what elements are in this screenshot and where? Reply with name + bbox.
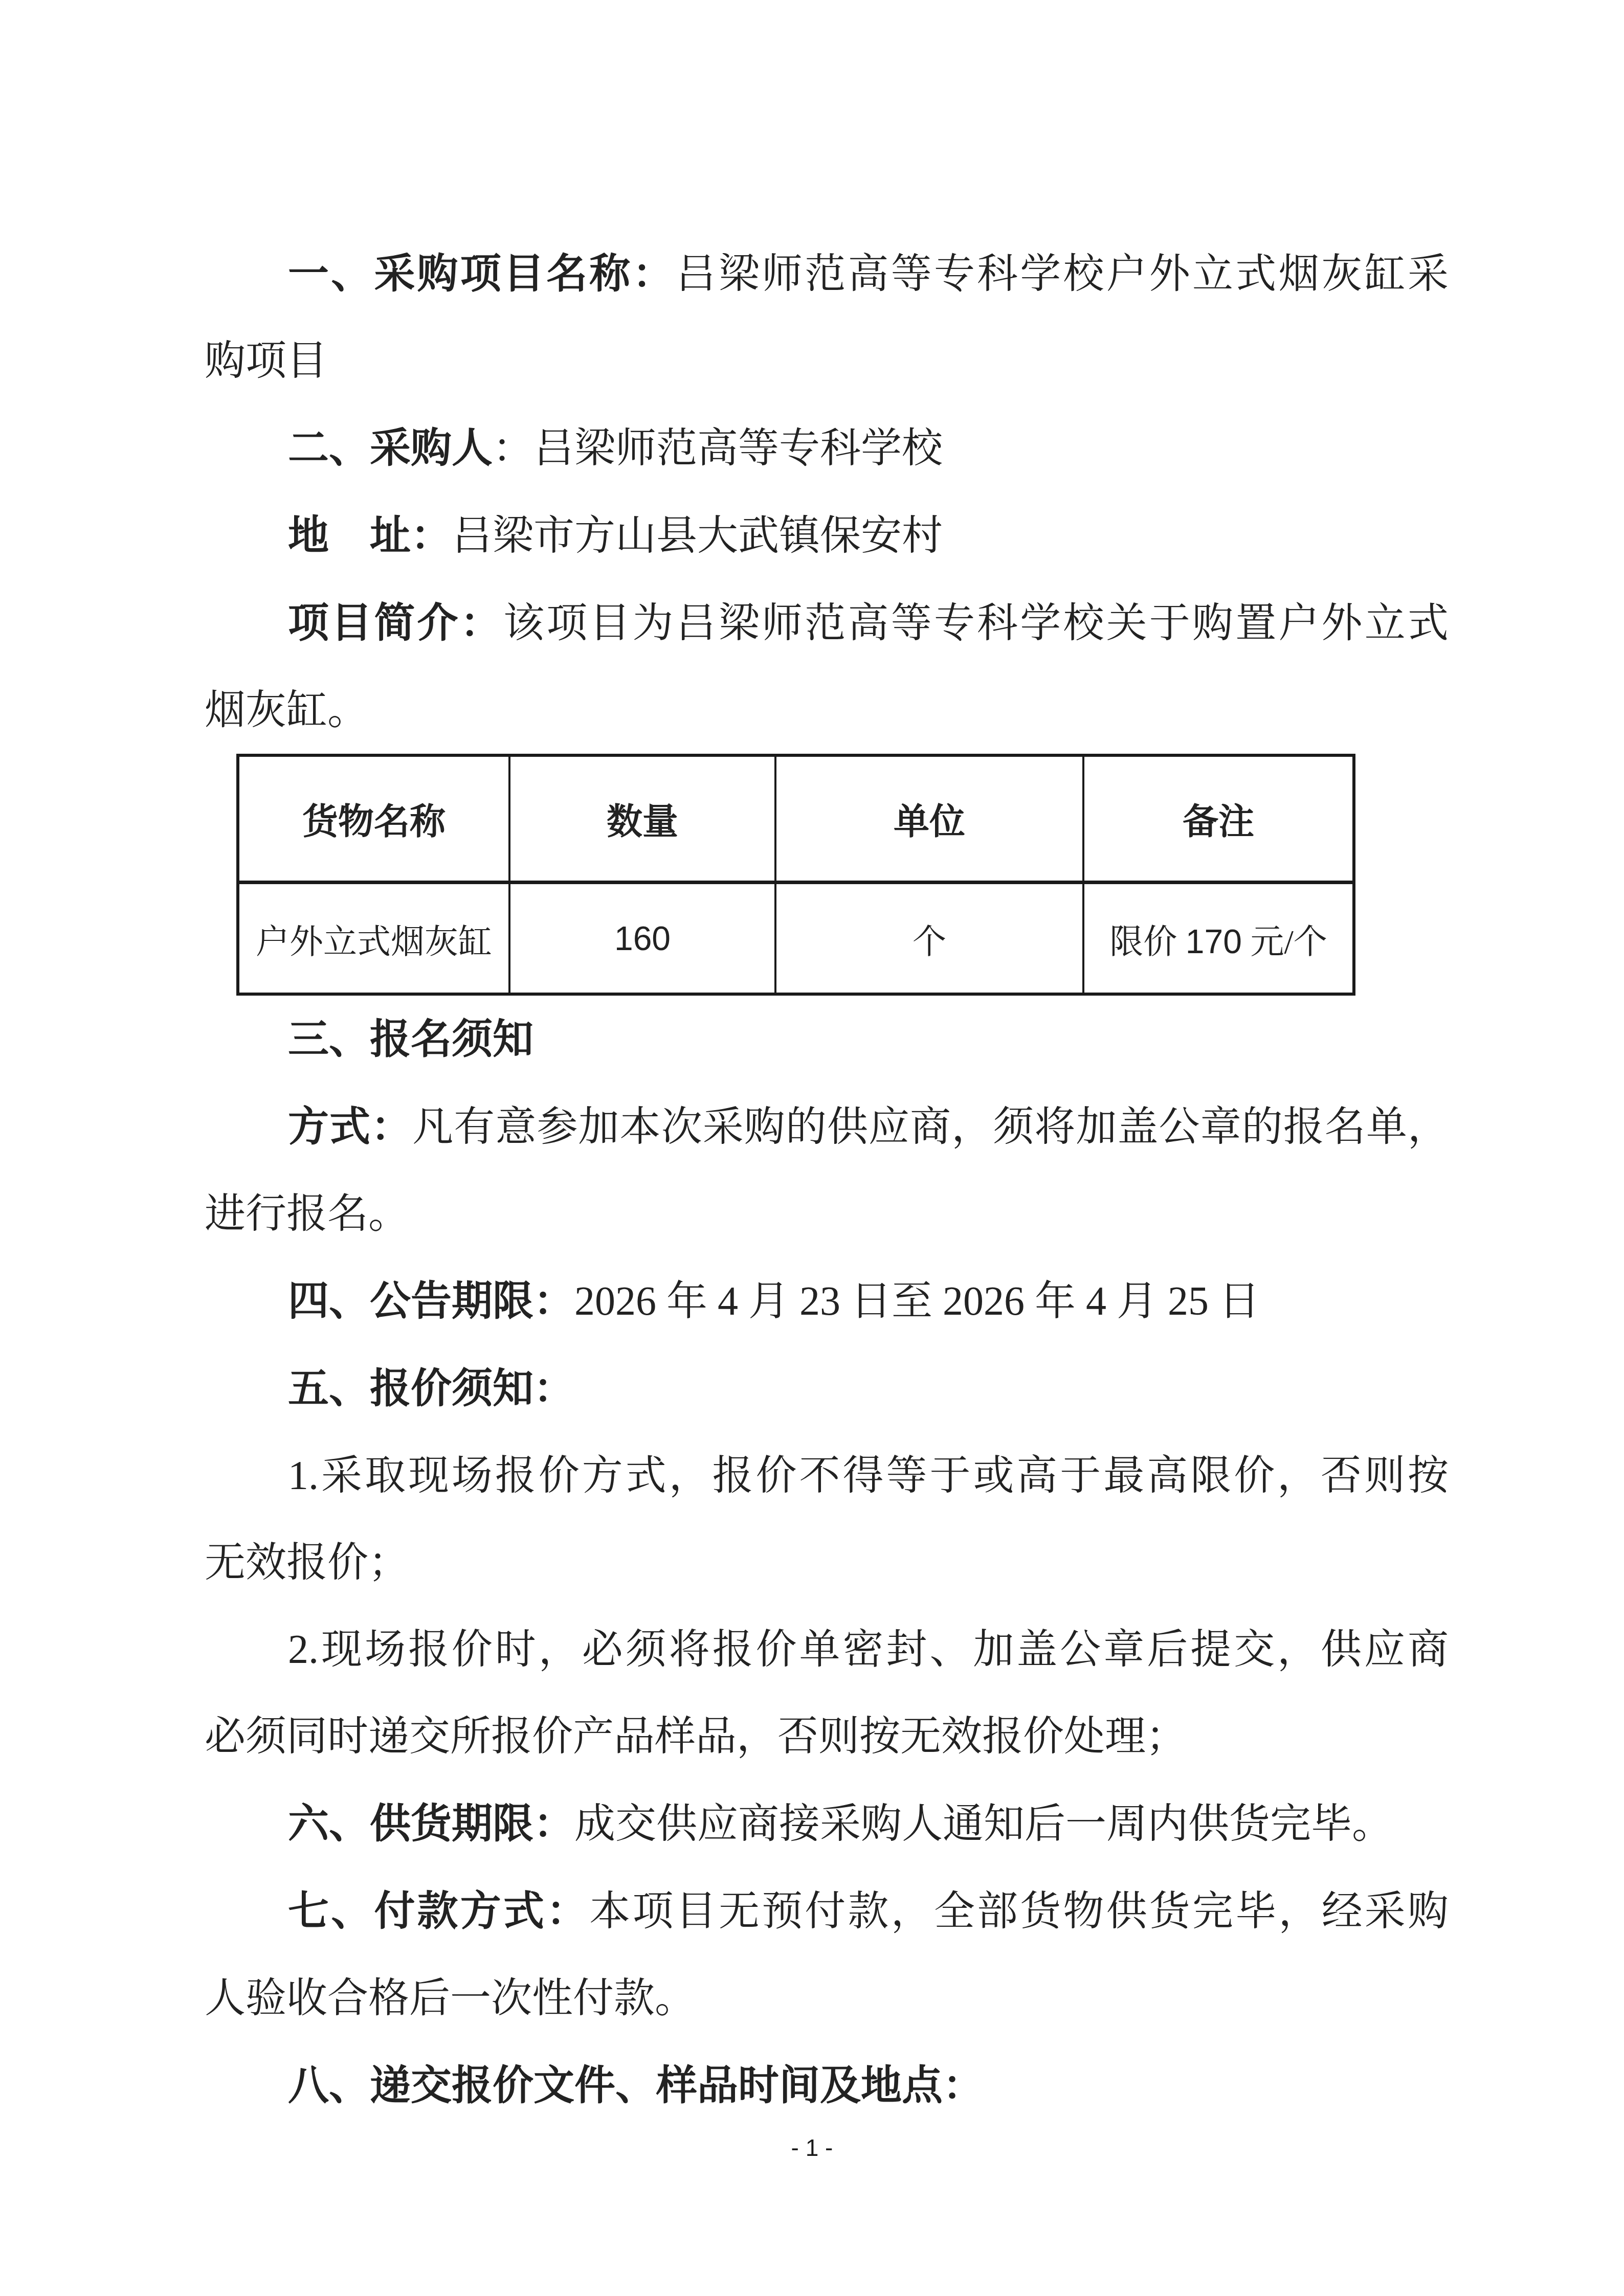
goods-table-header-row: 货物名称 数量 单位 备注 (238, 755, 1354, 883)
line-registration-method: 方式：凡有意参加本次采购的供应商，须将加盖公章的报名单， (205, 1083, 1449, 1170)
goods-cell-unit: 个 (775, 883, 1083, 995)
document-body: 一、采购项目名称：吕梁师范高等专科学校户外立式烟灰缸采 购项目 二、采购人：吕梁… (205, 230, 1449, 2129)
section-text-quotation-item1-cont: 无效报价； (205, 1540, 409, 1585)
section-label-address: 地 址： (288, 512, 452, 558)
section-label-announcement-period: 四、公告期限： (288, 1278, 574, 1323)
section-text-project-intro: 该项目为吕梁师范高等专科学校关于购置户外立式 (503, 601, 1449, 646)
line-announcement-period: 四、公告期限：2026 年 4 月 23 日至 2026 年 4 月 25 日 (205, 1257, 1449, 1345)
goods-cell-remark: 限价 170 元/个 (1083, 883, 1354, 995)
section-text-address: 吕梁市方山县大武镇保安村 (452, 513, 943, 558)
section-text-quotation-item2-cont: 必须同时递交所报价产品样品，否则按无效报价处理； (205, 1714, 1187, 1759)
section-label-registration-notice: 三、报名须知 (288, 1016, 533, 1062)
section-text-announcement-period: 2026 年 4 月 23 日至 2026 年 4 月 25 日 (574, 1279, 1260, 1324)
line-submission-info: 八、递交报价文件、样品时间及地点： (205, 2042, 1449, 2129)
line-supply-period: 六、供货期限：成交供应商接采购人通知后一周内供货完毕。 (205, 1780, 1449, 1867)
section-label-submission-info: 八、递交报价文件、样品时间及地点： (288, 2062, 984, 2108)
section-text-payment-method-cont: 人验收合格后一次性付款。 (205, 1976, 696, 2021)
goods-table-header-remark: 备注 (1083, 755, 1354, 883)
section-label-project-name: 一、采购项目名称： (288, 251, 676, 296)
goods-table-row: 户外立式烟灰缸 160 个 限价 170 元/个 (238, 883, 1354, 995)
section-text-registration-method-cont: 进行报名。 (205, 1191, 409, 1236)
line-quotation-notice: 五、报价须知： (205, 1345, 1449, 1432)
goods-table-header-name: 货物名称 (238, 755, 509, 883)
section-label-purchaser: 二、采购人 (288, 425, 493, 470)
line-quotation-item1-cont: 无效报价； (205, 1519, 1449, 1606)
goods-cell-name: 户外立式烟灰缸 (238, 883, 509, 995)
section-text-registration-method: 凡有意参加本次采购的供应商，须将加盖公章的报名单， (412, 1105, 1449, 1150)
goods-remark-prefix: 限价 (1109, 924, 1186, 961)
section-label-payment-method: 七、付款方式： (288, 1888, 589, 1933)
line-payment-method-cont: 人验收合格后一次性付款。 (205, 1955, 1449, 2042)
section-text-project-name-cont: 购项目 (205, 339, 327, 384)
line-project-name: 一、采购项目名称：吕梁师范高等专科学校户外立式烟灰缸采 (205, 230, 1449, 318)
goods-cell-quantity: 160 (509, 883, 775, 995)
line-project-intro-cont: 烟灰缸。 (205, 667, 1449, 754)
section-label-project-intro: 项目简介： (288, 600, 503, 645)
line-registration-method-cont: 进行报名。 (205, 1170, 1449, 1257)
section-label-supply-period: 六、供货期限： (288, 1800, 574, 1846)
goods-table-header-unit: 单位 (775, 755, 1083, 883)
line-registration-notice: 三、报名须知 (205, 996, 1449, 1083)
goods-remark-value: 170 (1186, 922, 1242, 960)
section-text-payment-method: 本项目无预付款，全部货物供货完毕，经采购 (589, 1889, 1449, 1934)
section-text-quotation-item1: 1.采取现场报价方式，报价不得等于或高于最高限价，否则按 (288, 1453, 1449, 1498)
line-project-name-cont: 购项目 (205, 318, 1449, 404)
line-quotation-item2-cont: 必须同时递交所报价产品样品，否则按无效报价处理； (205, 1693, 1449, 1780)
section-text-supply-period: 成交供应商接采购人通知后一周内供货完毕。 (574, 1802, 1393, 1847)
line-address: 地 址：吕梁市方山县大武镇保安村 (205, 492, 1449, 579)
line-project-intro: 项目简介：该项目为吕梁师范高等专科学校关于购置户外立式 (205, 579, 1449, 667)
goods-table: 货物名称 数量 单位 备注 户外立式烟灰缸 160 个 限价 170 元/个 (236, 754, 1355, 996)
document-page: 一、采购项目名称：吕梁师范高等专科学校户外立式烟灰缸采 购项目 二、采购人：吕梁… (0, 0, 1624, 2296)
page-number: - 1 - (0, 2130, 1624, 2166)
line-purchaser: 二、采购人：吕梁师范高等专科学校 (205, 404, 1449, 492)
section-label-registration-method: 方式： (288, 1104, 412, 1149)
section-label-quotation-notice: 五、报价须知： (288, 1365, 574, 1411)
goods-table-header-quantity: 数量 (509, 755, 775, 883)
goods-remark-suffix: 元/个 (1242, 924, 1327, 961)
section-text-project-name: 吕梁师范高等专科学校户外立式烟灰缸采 (676, 252, 1449, 297)
section-text-project-intro-cont: 烟灰缸。 (205, 688, 368, 733)
section-text-purchaser: ：吕梁师范高等专科学校 (493, 426, 943, 471)
section-text-quotation-item2: 2.现场报价时，必须将报价单密封、加盖公章后提交，供应商 (288, 1627, 1449, 1672)
line-quotation-item1: 1.采取现场报价方式，报价不得等于或高于最高限价，否则按 (205, 1432, 1449, 1519)
line-quotation-item2: 2.现场报价时，必须将报价单密封、加盖公章后提交，供应商 (205, 1606, 1449, 1693)
line-payment-method: 七、付款方式：本项目无预付款，全部货物供货完毕，经采购 (205, 1867, 1449, 1955)
